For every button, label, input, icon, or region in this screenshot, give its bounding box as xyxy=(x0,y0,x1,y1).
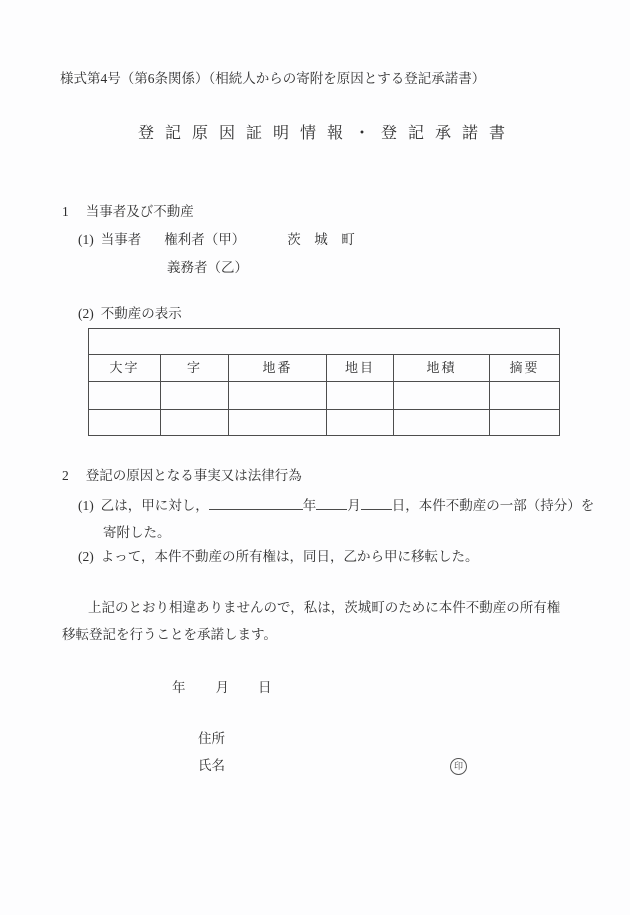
property-table: 大字 字 地番 地目 地積 摘要 xyxy=(88,328,560,436)
table-cell-empty xyxy=(490,382,560,410)
day-blank-field xyxy=(361,496,392,510)
year-unit-label: 年 xyxy=(303,498,317,513)
table-cell-empty xyxy=(161,410,229,436)
table-cell-empty xyxy=(89,410,161,436)
cause-item1-line2: 寄附した。 xyxy=(103,525,171,542)
section2-number: 2 xyxy=(62,468,69,485)
month-blank-field xyxy=(316,496,347,510)
col-header-chimoku: 地目 xyxy=(327,355,394,382)
property-line: (2)不動産の表示 xyxy=(78,306,182,323)
table-row xyxy=(89,382,560,410)
col-header-tekiyo: 摘要 xyxy=(490,355,560,382)
table-cell-empty xyxy=(229,382,327,410)
parties-item-number: (1) xyxy=(78,232,94,249)
date-month-label: 月 xyxy=(216,680,230,697)
col-header-oaza: 大字 xyxy=(89,355,161,382)
day-and-rest-text: 日，本件不動産の一部（持分）を xyxy=(392,498,595,513)
section1-number: 1 xyxy=(62,204,69,221)
year-blank-field xyxy=(209,496,303,510)
cause-item2-number: (2) xyxy=(78,549,94,566)
section1-heading-text: 当事者及び不動産 xyxy=(86,204,194,219)
name-label: 氏名 xyxy=(198,758,225,775)
section2-heading-text: 登記の原因となる事実又は法律行為 xyxy=(86,468,302,483)
form-number-line: 様式第4号（第6条関係）（相続人からの寄附を原因とする登記承諾書） xyxy=(60,71,485,88)
section1-heading: 1当事者及び不動産 xyxy=(62,204,194,221)
table-cell-empty xyxy=(229,410,327,436)
cause-item2-line: (2)よって，本件不動産の所有権は，同日，乙から甲に移転した。 xyxy=(78,549,478,566)
table-cell-empty xyxy=(394,410,490,436)
table-cell-empty xyxy=(394,382,490,410)
property-label: 不動産の表示 xyxy=(101,306,182,321)
month-unit-label: 月 xyxy=(347,498,361,513)
document-page: 様式第4号（第6条関係）（相続人からの寄附を原因とする登記承諾書） 登記原因証明… xyxy=(0,0,630,915)
seal-mark-icon: 印 xyxy=(450,758,467,775)
col-header-aza: 字 xyxy=(161,355,229,382)
table-cell-empty xyxy=(327,410,394,436)
document-title: 登記原因証明情報・登記承諾書 xyxy=(138,124,516,144)
obligor-label: 義務者（乙） xyxy=(167,260,248,277)
rights-holder-name: 茨 城 町 xyxy=(287,232,355,249)
cause-item1-number: (1) xyxy=(78,498,94,515)
cause-item1-pre-text: 乙は，甲に対し， xyxy=(101,498,209,513)
consent-paragraph-line2: 移転登記を行うことを承諾します。 xyxy=(62,627,277,644)
table-cell-empty xyxy=(490,410,560,436)
table-header-row: 大字 字 地番 地目 地積 摘要 xyxy=(89,355,560,382)
property-item-number: (2) xyxy=(78,306,94,323)
table-row xyxy=(89,410,560,436)
rights-holder-label: 権利者（甲） xyxy=(164,232,245,249)
table-cell-empty xyxy=(161,382,229,410)
section2-heading: 2登記の原因となる事実又は法律行為 xyxy=(62,468,302,485)
consent-paragraph-line1: 上記のとおり相違ありませんので，私は，茨城町のために本件不動産の所有権 xyxy=(88,600,560,617)
table-row-title xyxy=(89,329,560,355)
date-day-label: 日 xyxy=(258,680,272,697)
address-label: 住所 xyxy=(198,731,225,748)
parties-line: (1)当事者権利者（甲）茨 城 町 xyxy=(78,232,355,249)
table-title-cell xyxy=(89,329,560,355)
col-header-chiseki: 地積 xyxy=(394,355,490,382)
cause-item2-text: よって，本件不動産の所有権は，同日，乙から甲に移転した。 xyxy=(101,549,479,564)
date-year-label: 年 xyxy=(172,680,186,695)
date-line: 年月日 xyxy=(172,680,272,697)
table-cell-empty xyxy=(327,382,394,410)
table-cell-empty xyxy=(89,382,161,410)
cause-item1-line1: (1)乙は，甲に対し，年月日，本件不動産の一部（持分）を xyxy=(78,496,594,515)
parties-label: 当事者 xyxy=(101,232,142,247)
col-header-chiban: 地番 xyxy=(229,355,327,382)
